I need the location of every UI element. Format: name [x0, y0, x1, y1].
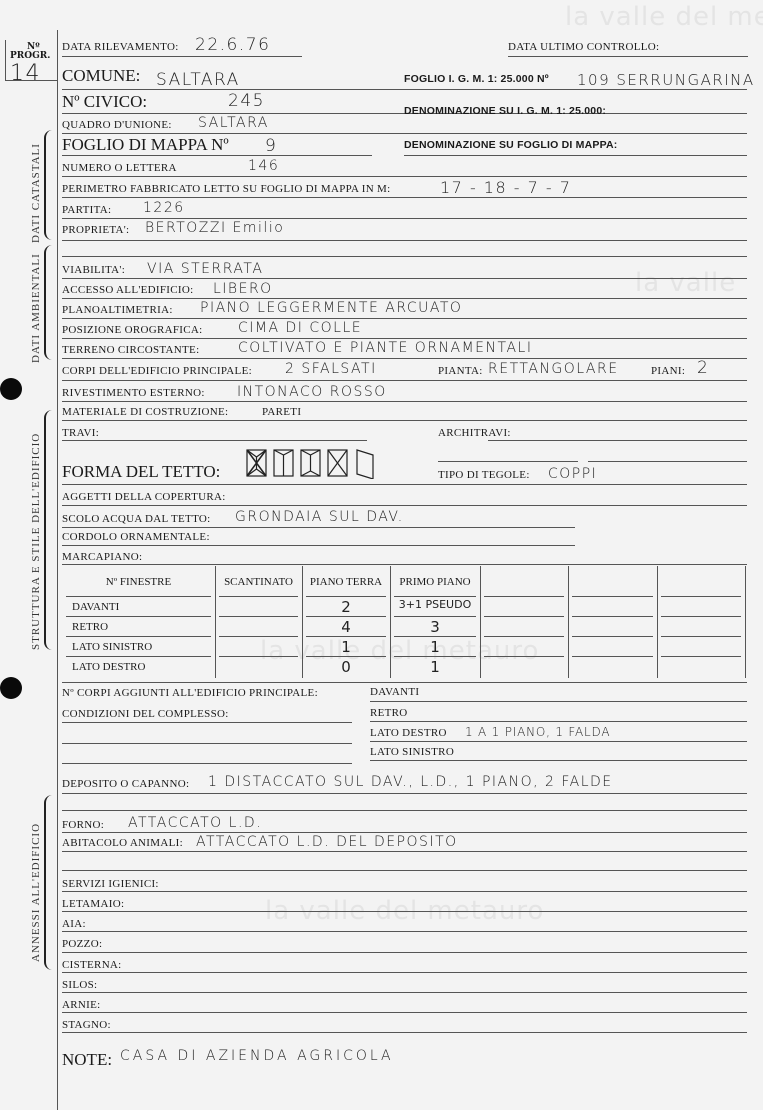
- terreno-label: TERRENO CIRCOSTANTE:: [62, 344, 199, 356]
- rule: [62, 484, 747, 485]
- rule: [404, 155, 747, 156]
- table-header-cell: PRIMO PIANO: [390, 576, 480, 588]
- survey-form: la valle del metauro la valle la valle d…: [0, 0, 763, 1110]
- aia-label: AIA:: [62, 918, 86, 930]
- perimetro-label: PERIMETRO FABBRICATO LETTO SU FOGLIO DI …: [62, 183, 390, 195]
- materiale-label: MATERIALE DI COSTRUZIONE:: [62, 406, 228, 418]
- rule: [62, 338, 747, 339]
- rule: [62, 420, 747, 421]
- rule: [62, 1012, 747, 1013]
- brace: [44, 795, 52, 970]
- roof-shapes: [245, 447, 385, 479]
- table-row-label: DAVANTI: [72, 601, 119, 613]
- table-row-line: [572, 596, 653, 597]
- brace: [44, 245, 52, 360]
- rule: [62, 440, 367, 441]
- forno-value[interactable]: ATTACCATO L.D.: [128, 815, 262, 831]
- foglio-igm-value[interactable]: 109 SERRUNGARINA: [577, 71, 755, 89]
- table-row-line: [306, 616, 386, 617]
- table-row-line: [66, 636, 211, 637]
- table-row-line: [66, 656, 211, 657]
- table-row-line: [306, 636, 386, 637]
- table-row-label: LATO DESTRO: [72, 661, 145, 673]
- pozzo-label: POZZO:: [62, 938, 102, 950]
- prog-value[interactable]: 14: [10, 61, 41, 86]
- table-col-line: [657, 566, 658, 678]
- rule: [438, 461, 578, 462]
- rule: [62, 1032, 747, 1033]
- rule: [370, 741, 747, 742]
- numero-lettera-value[interactable]: 146: [248, 158, 279, 174]
- table-row-line: [394, 636, 476, 637]
- denominazione-igm-label: DENOMINAZIONE SU I. G. M. 1: 25.000:: [404, 105, 606, 117]
- table-row-line: [219, 616, 298, 617]
- rule: [62, 240, 747, 241]
- table-col-line: [745, 566, 746, 678]
- lato-sinistro-label: LATO SINISTRO: [370, 746, 454, 758]
- rule: [370, 760, 747, 761]
- rivestimento-value[interactable]: INTONACO ROSSO: [237, 384, 387, 400]
- abitacolo-label: ABITACOLO ANIMALI:: [62, 837, 183, 849]
- table-row-line: [66, 596, 211, 597]
- rule: [62, 545, 575, 546]
- corpi-label: CORPI DELL'EDIFICIO PRINCIPALE:: [62, 365, 252, 377]
- table-row-line: [661, 656, 741, 657]
- table-row-label: LATO SINISTRO: [72, 641, 152, 653]
- table-cell[interactable]: 3+1 PSEUDO: [390, 598, 480, 611]
- section-label-ambientali: DATI AMBIENTALI: [30, 253, 42, 363]
- prog-label: PROGR.: [10, 51, 50, 61]
- rule: [62, 870, 747, 871]
- table-row-line: [484, 636, 564, 637]
- silos-label: SILOS:: [62, 979, 97, 991]
- piani-label: PIANI:: [651, 365, 685, 377]
- deposito-value[interactable]: 1 DISTACCATO SUL DAV., L.D., 1 PIANO, 2 …: [208, 774, 613, 790]
- deposito-label: DEPOSITO o CAPANNO:: [62, 778, 189, 790]
- rule: [62, 401, 747, 402]
- table-row-line: [572, 616, 653, 617]
- roof-pyramid-icon[interactable]: [328, 450, 347, 476]
- table-cell[interactable]: 4: [302, 618, 390, 636]
- table-row-line: [484, 596, 564, 597]
- servizi-label: SERVIZI IGIENICI:: [62, 878, 159, 890]
- roof-half-hip-icon[interactable]: [301, 450, 320, 476]
- margin-line: [57, 30, 58, 1110]
- rule: [62, 722, 352, 723]
- table-cell[interactable]: 2: [302, 598, 390, 616]
- forma-tetto-label: FORMA DEL TETTO:: [62, 462, 220, 482]
- rule: [62, 743, 352, 744]
- arnie-label: ARNIE:: [62, 999, 100, 1011]
- forno-label: FORNO:: [62, 819, 104, 831]
- rule: [62, 278, 747, 279]
- table-row-line: [219, 636, 298, 637]
- civico-value[interactable]: 245: [228, 91, 265, 111]
- table-header-cell: SCANTINATO: [215, 576, 302, 588]
- retro-label: RETRO: [370, 707, 408, 719]
- foglio-igm-label: FOGLIO I. G. M. 1: 25.000 Nº: [404, 73, 549, 85]
- note-label: NOTE:: [62, 1050, 112, 1070]
- rule: [370, 701, 747, 702]
- table-cell[interactable]: 1: [390, 638, 480, 656]
- materiale-value[interactable]: PARETI: [262, 406, 301, 418]
- rule: [62, 564, 747, 565]
- aggetti-label: AGGETTI DELLA COPERTURA:: [62, 491, 226, 503]
- letamaio-label: LETAMAIO:: [62, 898, 124, 910]
- viabilita-value[interactable]: VIA STERRATA: [147, 261, 263, 277]
- section-label-struttura: STRUTTURA E STILE DELL'EDIFICIO: [30, 433, 42, 650]
- posizione-label: POSIZIONE OROGRAFICA:: [62, 324, 202, 336]
- rule: [488, 440, 747, 441]
- scolo-value[interactable]: GRONDAIA SUL DAV.: [235, 509, 404, 525]
- architravi-label: ARCHITRAVI:: [438, 427, 511, 439]
- rule: [62, 810, 747, 811]
- roof-hip-icon[interactable]: [247, 450, 266, 476]
- cordolo-label: CORDOLO ORNAMENTALE:: [62, 531, 210, 543]
- planoaltimetria-label: PLANOALTIMETRIA:: [62, 304, 173, 316]
- rule: [62, 832, 747, 833]
- rule: [62, 318, 747, 319]
- partita-label: PARTITA:: [62, 204, 111, 216]
- proprieta-label: PROPRIETA':: [62, 224, 129, 236]
- table-row-line: [661, 636, 741, 637]
- quadro-unione-label: QUADRO D'UNIONE:: [62, 119, 172, 131]
- rule: [62, 176, 747, 177]
- punch-hole: [0, 378, 22, 400]
- rule: [62, 851, 747, 852]
- table-row-line: [661, 616, 741, 617]
- section-label-catastali: DATI CATASTALI: [30, 143, 42, 243]
- table-col-line: [568, 566, 569, 678]
- watermark: la valle del metauro: [565, 2, 763, 32]
- foglio-mappa-label: FOGLIO DI MAPPA Nº: [62, 135, 229, 155]
- rule: [62, 218, 747, 219]
- foglio-mappa-value[interactable]: 9: [265, 136, 277, 156]
- rule: [62, 505, 747, 506]
- rule: [62, 155, 372, 156]
- brace: [44, 130, 52, 240]
- table-row-line: [66, 616, 211, 617]
- table-row-line: [219, 596, 298, 597]
- data-ultimo-controllo-label: DATA ULTIMO CONTROLLO:: [508, 41, 659, 53]
- table-cell[interactable]: 1: [390, 658, 480, 676]
- rule: [62, 931, 747, 932]
- table-cell[interactable]: 1: [302, 638, 390, 656]
- stagno-label: STAGNO:: [62, 1019, 111, 1031]
- rivestimento-label: RIVESTIMENTO ESTERNO:: [62, 387, 205, 399]
- marcapiano-label: MARCAPIANO:: [62, 551, 142, 563]
- denominazione-mappa-label: DENOMINAZIONE SU FOGLIO DI MAPPA:: [404, 139, 618, 151]
- proprieta-value[interactable]: BERTOZZI Emilio: [145, 220, 284, 236]
- table-row-line: [219, 656, 298, 657]
- table-row-line: [306, 596, 386, 597]
- rule: [62, 358, 747, 359]
- civico-label: Nº CIVICO:: [62, 92, 147, 112]
- abitacolo-value[interactable]: ATTACCATO L.D. DEL DEPOSITO: [196, 834, 458, 850]
- prog-box-line: [5, 40, 6, 80]
- travi-label: TRAVI:: [62, 427, 99, 439]
- davanti-label: DAVANTI: [370, 686, 419, 698]
- accesso-value[interactable]: LIBERO: [213, 281, 273, 297]
- rule: [62, 298, 747, 299]
- table-cell[interactable]: 3: [390, 618, 480, 636]
- rule: [62, 197, 747, 198]
- corpi-aggiunti-label: Nº CORPI AGGIUNTI ALL'EDIFICIO PRINCIPAL…: [62, 687, 318, 699]
- quadro-unione-value[interactable]: SALTARA: [198, 115, 269, 131]
- pianta-label: PIANTA:: [438, 365, 483, 377]
- planoaltimetria-value[interactable]: PIANO LEGGERMENTE ARCUATO: [200, 300, 462, 316]
- lato-destro-label: LATO DESTRO: [370, 727, 447, 739]
- rule: [62, 763, 352, 764]
- viabilita-label: VIABILITA':: [62, 264, 125, 276]
- table-row-label: RETRO: [72, 621, 108, 633]
- tipo-tegole-value[interactable]: COPPI: [548, 466, 597, 482]
- tipo-tegole-label: TIPO DI TEGOLE:: [438, 469, 530, 481]
- table-row-line: [572, 636, 653, 637]
- scolo-label: SCOLO ACQUA DAL TETTO:: [62, 513, 211, 525]
- corpi-value[interactable]: 2 SFALSATI: [285, 361, 377, 377]
- rule: [62, 992, 747, 993]
- roof-gable-icon[interactable]: [274, 450, 293, 476]
- accesso-label: ACCESSO ALL'EDIFICIO:: [62, 284, 193, 296]
- partita-value[interactable]: 1226: [143, 200, 185, 216]
- rule: [62, 682, 747, 683]
- rule: [588, 461, 747, 462]
- rule: [62, 133, 747, 134]
- rule: [62, 527, 575, 528]
- posizione-value[interactable]: CIMA DI COLLE: [238, 320, 362, 336]
- note-value[interactable]: CASA DI AZIENDA AGRICOLA: [120, 1048, 394, 1064]
- table-row-line: [394, 616, 476, 617]
- rule: [62, 972, 747, 973]
- piani-value[interactable]: 2: [697, 358, 709, 378]
- table-header-cell: PIANO TERRA: [302, 576, 390, 588]
- pianta-value[interactable]: RETTANGOLARE: [488, 361, 619, 377]
- table-col-line: [480, 566, 481, 678]
- rule: [370, 721, 747, 722]
- table-row-line: [484, 656, 564, 657]
- table-row-line: [484, 616, 564, 617]
- punch-hole: [0, 677, 22, 699]
- table-row-line: [394, 596, 476, 597]
- rule: [62, 911, 747, 912]
- rule: [62, 56, 302, 57]
- terreno-value[interactable]: COLTIVATO E PIANTE ORNAMENTALI: [238, 340, 532, 356]
- data-rilevamento-value[interactable]: 22.6.76: [195, 35, 270, 55]
- table-row-line: [661, 596, 741, 597]
- table-cell[interactable]: 0: [302, 658, 390, 676]
- condizioni-label: CONDIZIONI DEL COMPLESSO:: [62, 708, 229, 720]
- brace: [44, 410, 52, 650]
- roof-shed-icon[interactable]: [357, 450, 373, 479]
- section-label-annessi: ANNESSI ALL'EDIFICIO: [30, 823, 42, 962]
- comune-value[interactable]: SALTARA: [156, 70, 240, 90]
- perimetro-value[interactable]: 17 - 18 - 7 - 7: [440, 178, 571, 197]
- rule: [62, 380, 747, 381]
- lato-destro-value[interactable]: 1 A 1 PIANO, 1 FALDA: [465, 725, 610, 739]
- data-rilevamento-label: DATA RILEVAMENTO:: [62, 41, 179, 53]
- watermark: la valle: [635, 268, 736, 298]
- rule: [62, 891, 747, 892]
- rule: [62, 256, 747, 257]
- rule: [62, 89, 747, 90]
- numero-lettera-label: NUMERO o LETTERA: [62, 162, 177, 174]
- table-row-line: [572, 656, 653, 657]
- rule: [62, 793, 747, 794]
- comune-label: COMUNE:: [62, 66, 140, 86]
- table-row-line: [394, 656, 476, 657]
- table-header-cell: Nº FINESTRE: [62, 576, 215, 588]
- rule: [62, 952, 747, 953]
- rule: [508, 56, 748, 57]
- cisterna-label: CISTERNA:: [62, 959, 122, 971]
- table-row-line: [306, 656, 386, 657]
